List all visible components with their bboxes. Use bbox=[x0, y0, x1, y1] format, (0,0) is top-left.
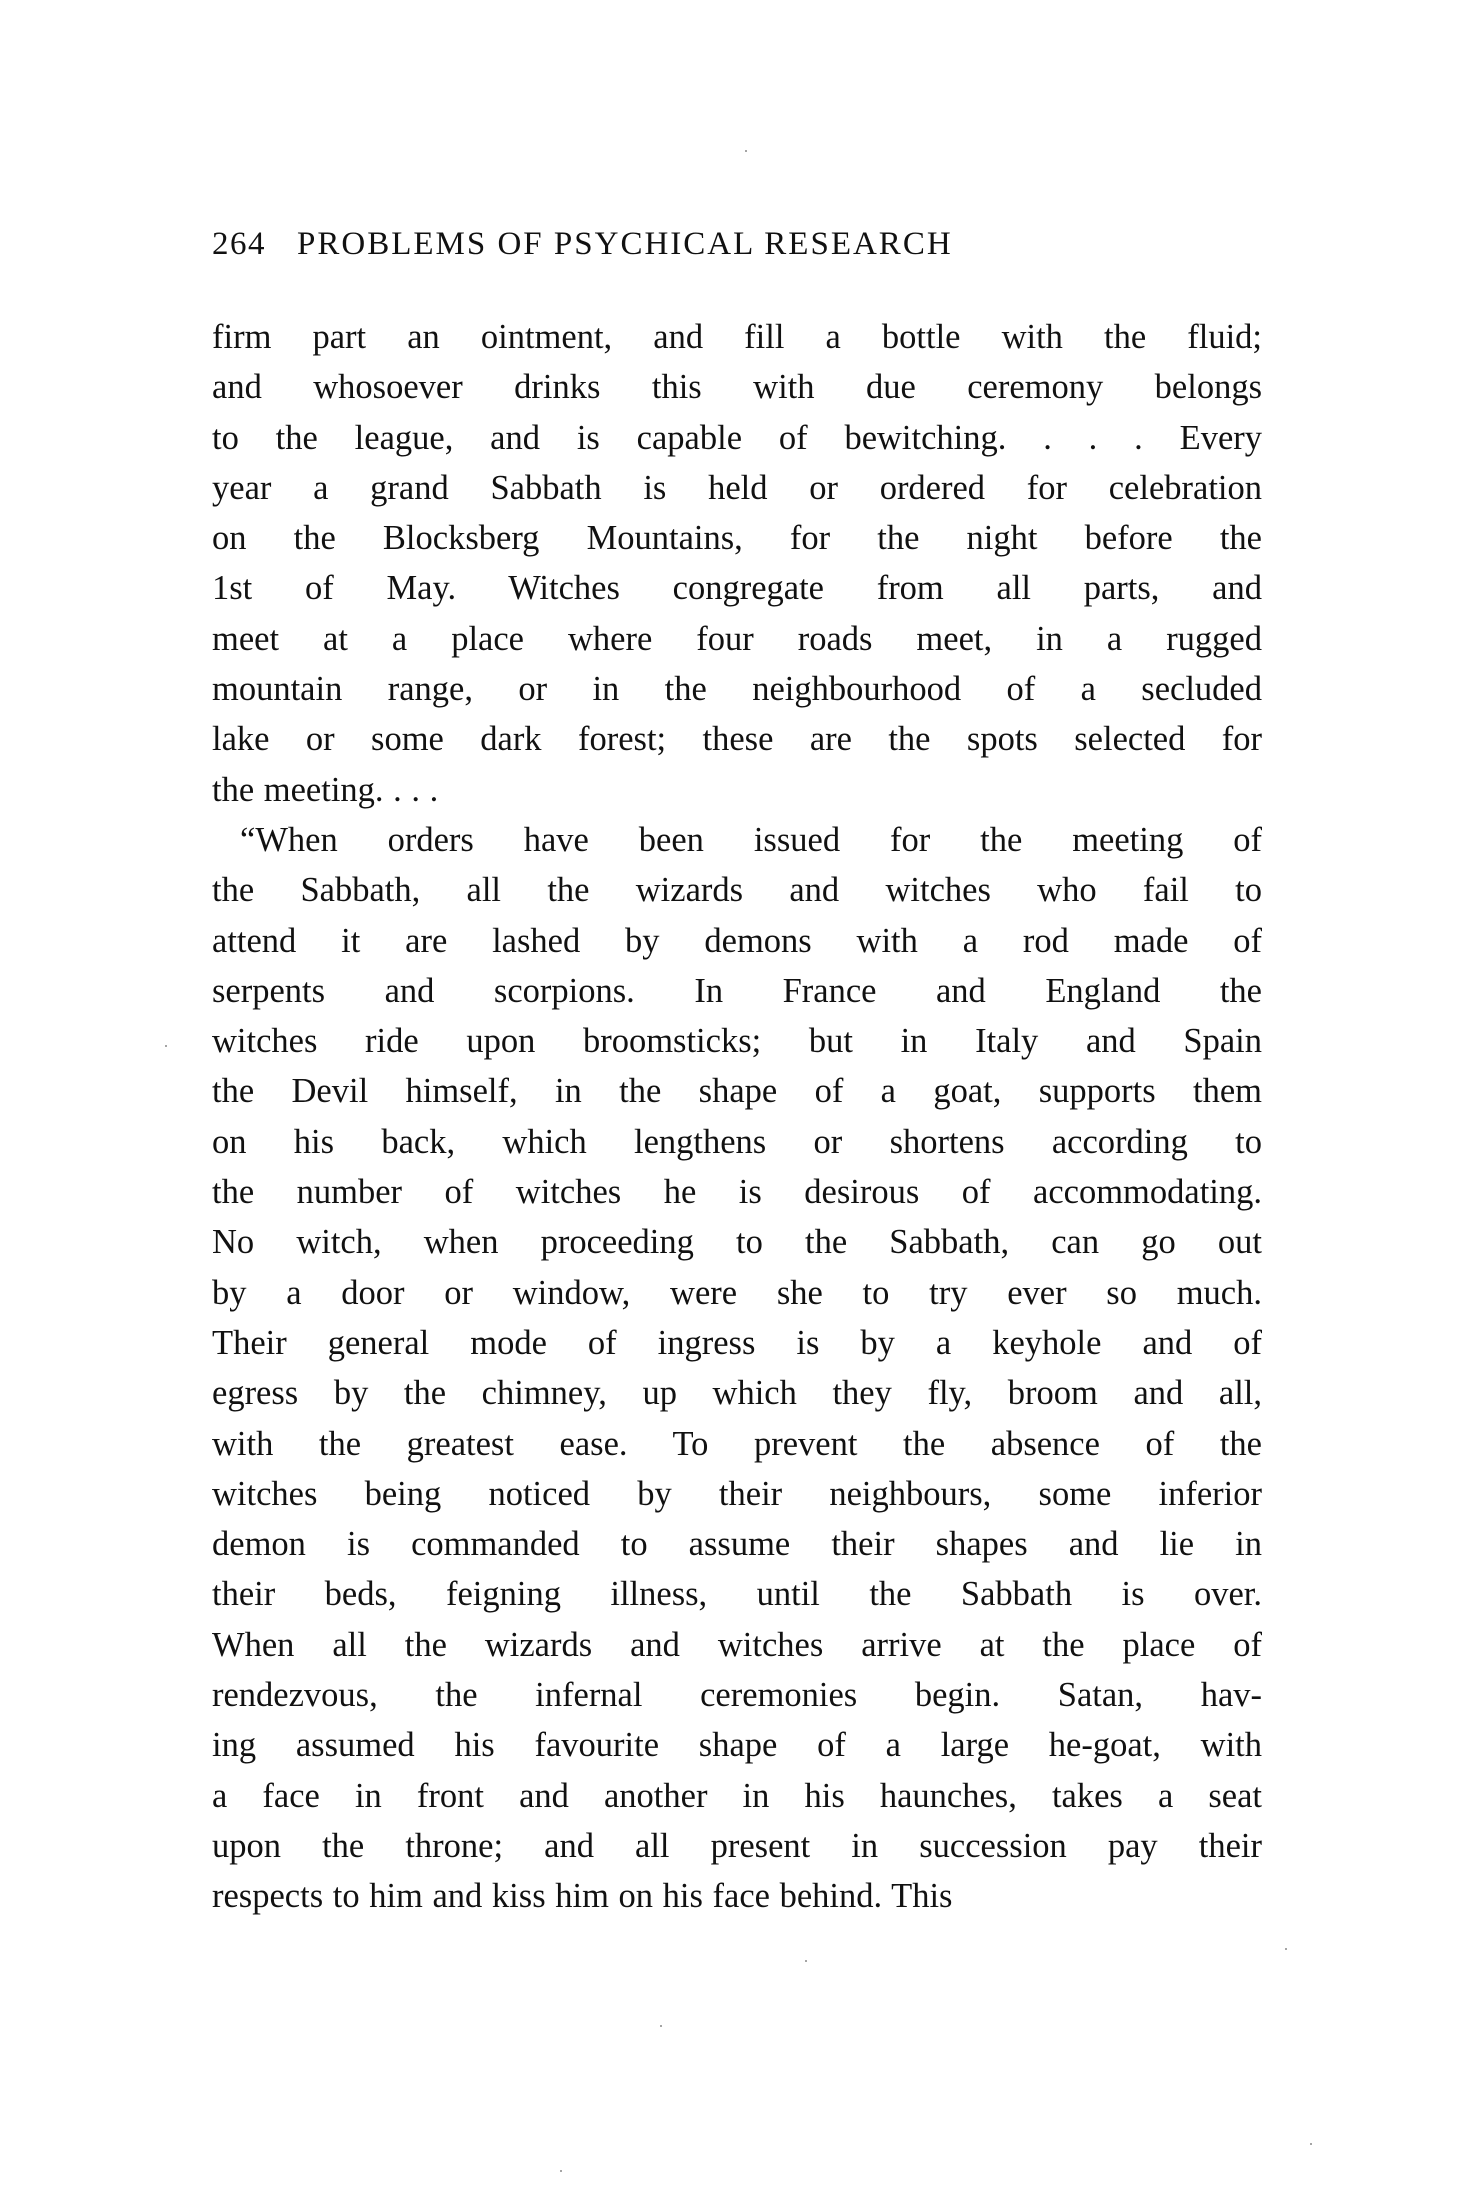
scan-speck bbox=[560, 2170, 562, 2172]
text-line: to the league, and is capable of bewitch… bbox=[212, 413, 1262, 463]
text-line: their beds, feigning illness, until the … bbox=[212, 1569, 1262, 1619]
text-line: the Devil himself, in the shape of a goa… bbox=[212, 1066, 1262, 1116]
running-head: 264 PROBLEMS OF PSYCHICAL RESEARCH bbox=[212, 226, 1212, 270]
text-line: upon the throne; and all present in succ… bbox=[212, 1821, 1262, 1871]
scan-speck bbox=[1310, 2143, 1312, 2145]
text-line: mountain range, or in the neighbourhood … bbox=[212, 664, 1262, 714]
text-line: egress by the chimney, up which they fly… bbox=[212, 1368, 1262, 1418]
text-line: respects to him and kiss him on his face… bbox=[212, 1871, 1262, 1921]
text-line: 1st of May. Witches congregate from all … bbox=[212, 563, 1262, 613]
scan-speck bbox=[805, 1960, 807, 1962]
text-line: by a door or window, were she to try eve… bbox=[212, 1268, 1262, 1318]
text-line: No witch, when proceeding to the Sabbath… bbox=[212, 1217, 1262, 1267]
text-line: serpents and scorpions. In France and En… bbox=[212, 966, 1262, 1016]
scan-speck bbox=[745, 150, 747, 152]
text-line: witches being noticed by their neighbour… bbox=[212, 1469, 1262, 1519]
text-line: the Sabbath, all the wizards and witches… bbox=[212, 865, 1262, 915]
text-line: and whosoever drinks this with due cerem… bbox=[212, 362, 1262, 412]
scan-speck bbox=[1285, 1948, 1287, 1950]
text-line: year a grand Sabbath is held or ordered … bbox=[212, 463, 1262, 513]
text-line: on the Blocksberg Mountains, for the nig… bbox=[212, 513, 1262, 563]
running-title: PROBLEMS OF PSYCHICAL RESEARCH bbox=[297, 226, 953, 263]
text-line: witches ride upon broomsticks; but in It… bbox=[212, 1016, 1262, 1066]
text-line: with the greatest ease. To prevent the a… bbox=[212, 1419, 1262, 1469]
scan-speck bbox=[660, 2025, 662, 2027]
scan-speck bbox=[165, 1045, 167, 1047]
text-line: Their general mode of ingress is by a ke… bbox=[212, 1318, 1262, 1368]
text-line: rendezvous, the infernal ceremonies begi… bbox=[212, 1670, 1262, 1720]
body-text: firm part an ointment, and fill a bottle… bbox=[212, 312, 1262, 1922]
page-number: 264 bbox=[212, 226, 266, 263]
text-line: lake or some dark forest; these are the … bbox=[212, 714, 1262, 764]
text-line: the number of witches he is desirous of … bbox=[212, 1167, 1262, 1217]
paragraph-end-line: the meeting. . . . bbox=[212, 765, 1262, 815]
text-line: demon is commanded to assume their shape… bbox=[212, 1519, 1262, 1569]
text-line: meet at a place where four roads meet, i… bbox=[212, 614, 1262, 664]
text-line: attend it are lashed by demons with a ro… bbox=[212, 916, 1262, 966]
text-line: firm part an ointment, and fill a bottle… bbox=[212, 312, 1262, 362]
text-line: ing assumed his favourite shape of a lar… bbox=[212, 1720, 1262, 1770]
text-line: a face in front and another in his haunc… bbox=[212, 1771, 1262, 1821]
text-line: on his back, which lengthens or shortens… bbox=[212, 1117, 1262, 1167]
paragraph-start-line: “When orders have been issued for the me… bbox=[212, 815, 1262, 865]
text-line: When all the wizards and witches arrive … bbox=[212, 1620, 1262, 1670]
